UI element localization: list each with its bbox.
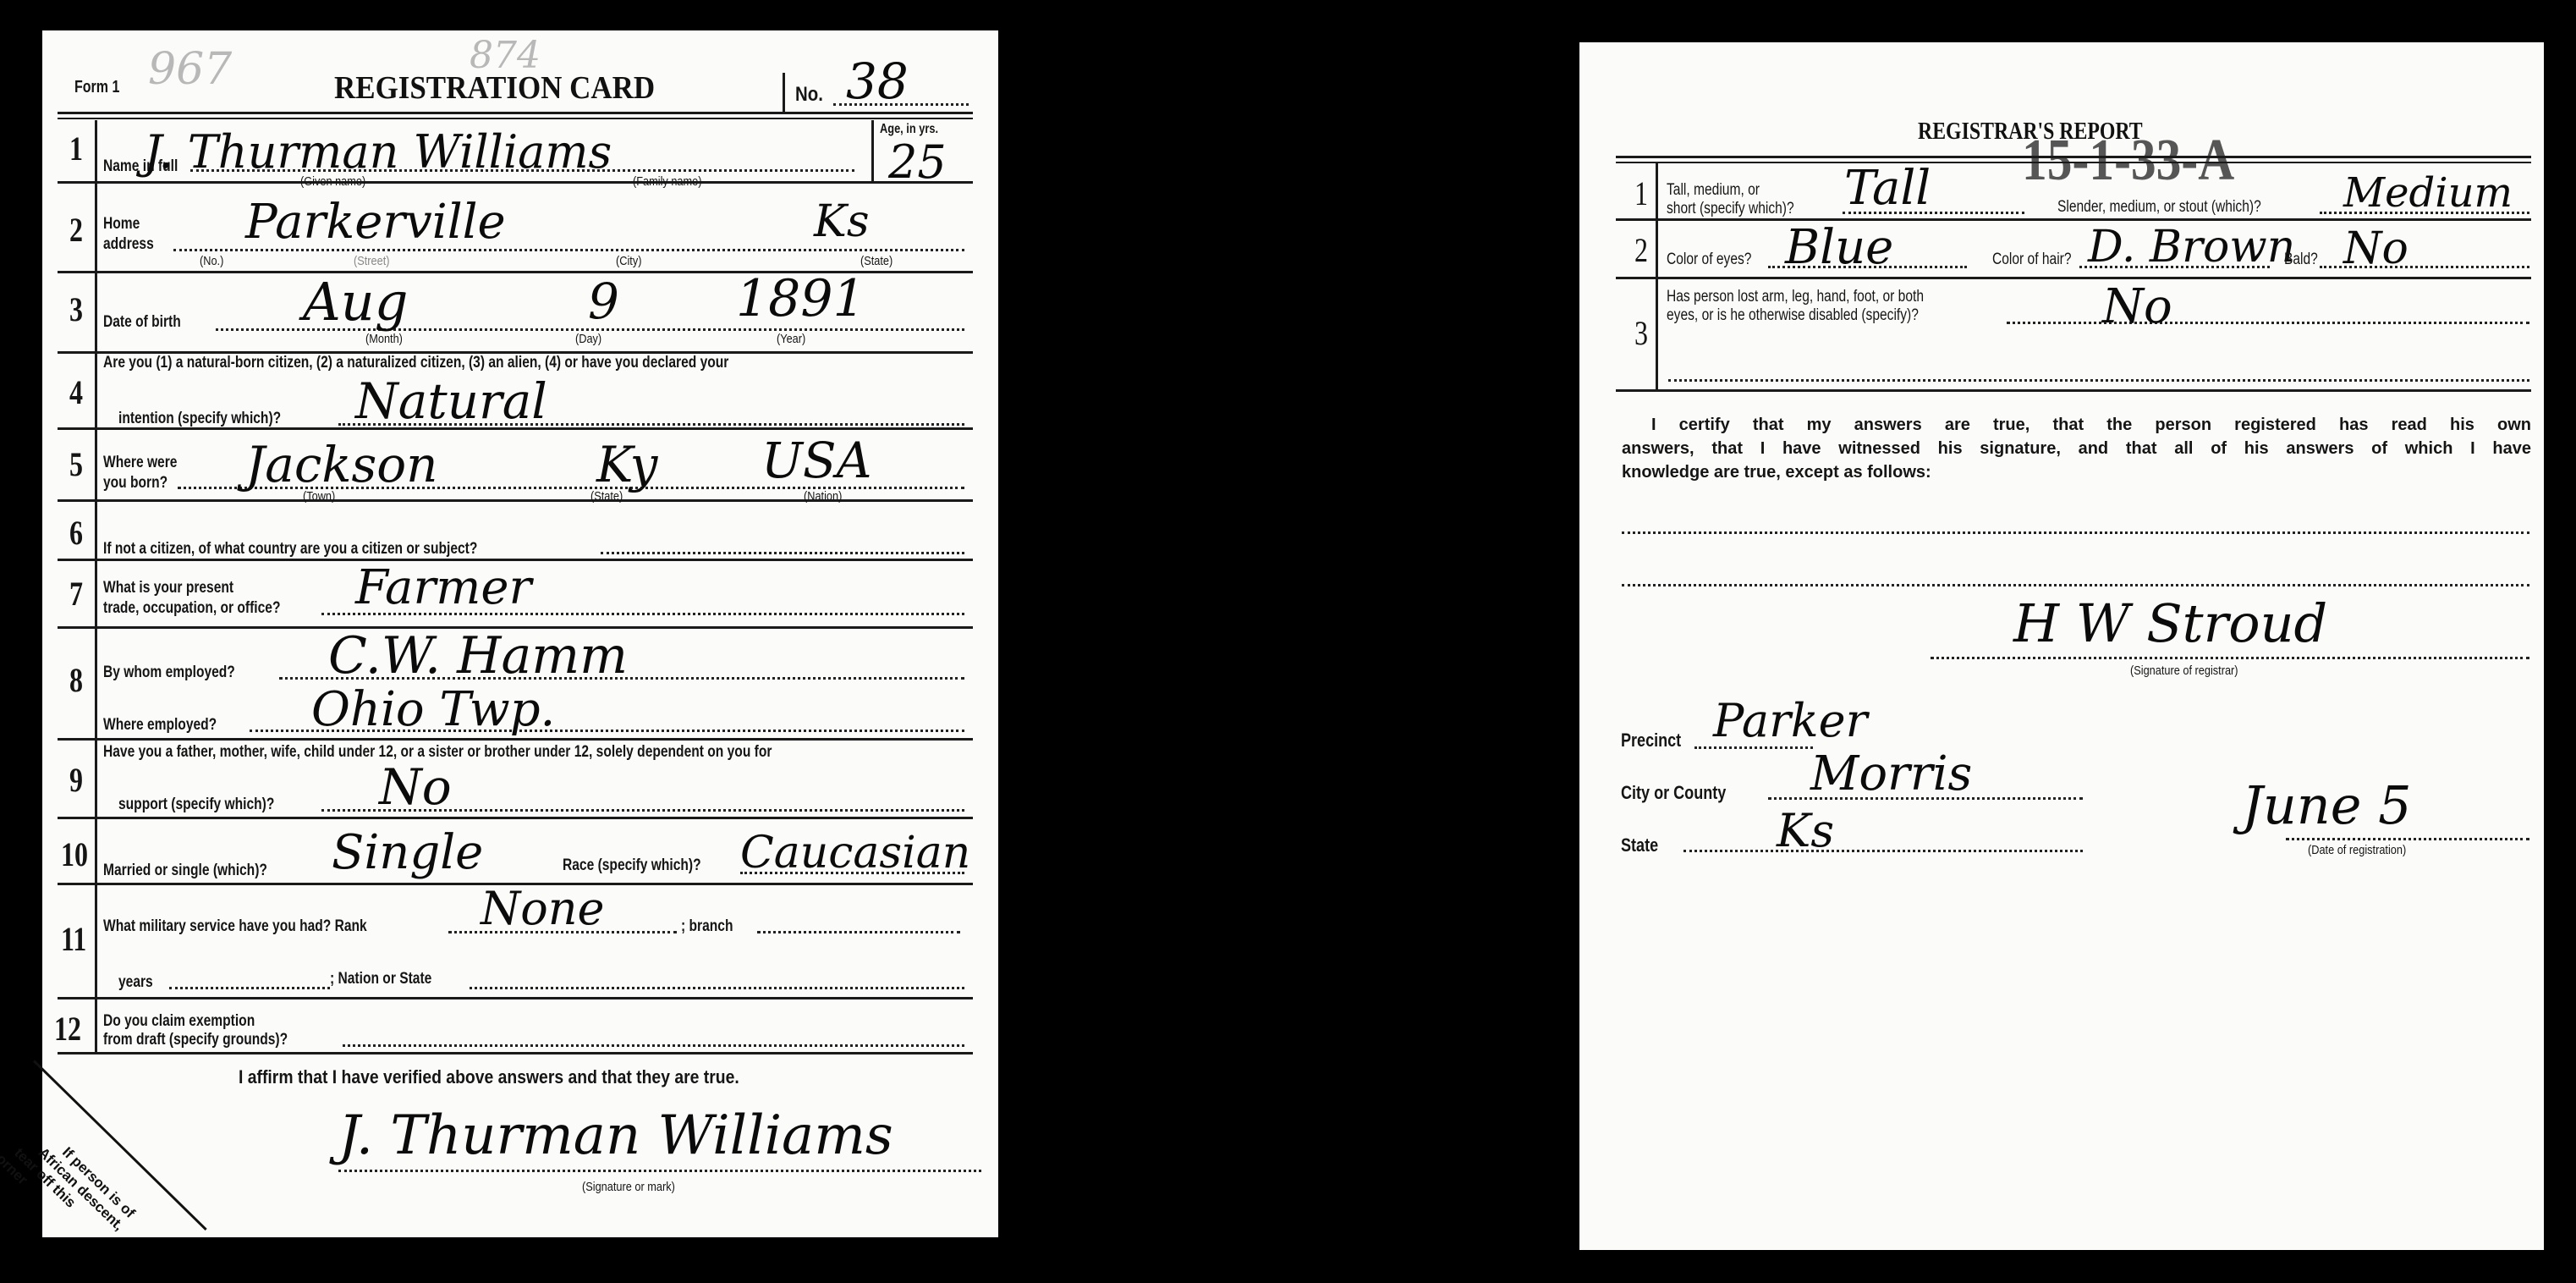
top-rule <box>58 112 973 114</box>
row-number-11: 11 <box>61 919 86 959</box>
race-value: Caucasian <box>740 828 970 878</box>
date-caption: (Date of registration) <box>2308 843 2406 857</box>
name-value: J. Thurman Williams <box>144 125 612 179</box>
marital-label: Married or single (which)? <box>103 862 267 880</box>
top-rule-2 <box>58 118 973 119</box>
race-label: Race (specify which)? <box>563 856 701 875</box>
military-value: None <box>481 882 605 935</box>
registrar-signature: H W Stroud <box>2013 592 2327 654</box>
employer-label: By whom employed? <box>103 664 235 682</box>
disability-value: No <box>2102 279 2172 334</box>
height-label-line2: short (specify which)? <box>1667 200 1794 218</box>
affirmation-text: I affirm that I have verified above answ… <box>239 1066 739 1088</box>
hair-color-label: Color of hair? <box>1992 251 2072 269</box>
row-number-7: 7 <box>69 574 83 614</box>
birth-nation: USA <box>761 432 872 489</box>
family-name-caption: (Family name) <box>633 174 701 189</box>
nation-state-label: ; Nation or State <box>330 970 431 988</box>
citizenship-question: Are you (1) a natural-born citizen, (2) … <box>103 354 728 372</box>
dob-year: 1891 <box>736 269 865 328</box>
bald-label: Bald? <box>2284 251 2318 269</box>
date-dotline <box>2286 838 2529 840</box>
report-row-divider <box>1616 277 2531 279</box>
row-number-3: 3 <box>69 289 83 329</box>
height-label-line1: Tall, medium, or <box>1667 181 1760 200</box>
exemption-dotline <box>343 1044 964 1047</box>
caption-no: (No.) <box>200 254 223 268</box>
age-value: 25 <box>888 135 947 189</box>
home-label-line1: Home <box>103 215 140 234</box>
dob-month: Aug <box>303 271 408 333</box>
caption-year: (Year) <box>777 332 805 346</box>
exceptions-dotline-2 <box>1622 584 2529 586</box>
row-divider <box>58 817 973 819</box>
row-divider <box>58 181 973 184</box>
branch-dotline <box>757 931 960 933</box>
born-label-line1: Where were <box>103 454 177 472</box>
exceptions-dotline-1 <box>1622 531 2529 534</box>
report-row-divider <box>1616 218 2531 221</box>
report-top-rule <box>1616 156 2531 158</box>
hair-color-value: D. Brown <box>2088 222 2295 273</box>
caption-day: (Day) <box>575 332 601 346</box>
dob-label: Date of birth <box>103 313 181 332</box>
caption-town: (Town) <box>303 489 335 504</box>
given-name-caption: (Given name) <box>300 174 365 189</box>
card-number-value: 38 <box>846 52 909 110</box>
row-number-5: 5 <box>69 444 83 484</box>
row-number-10: 10 <box>61 834 88 874</box>
intention-label: intention (specify which)? <box>118 410 281 428</box>
row-number-1: 1 <box>69 129 83 168</box>
report-row-number-2: 2 <box>1634 230 1648 270</box>
pencil-note-967: 967 <box>148 44 232 95</box>
foreign-citizen-label: If not a citizen, of what country are yo… <box>103 540 477 559</box>
signature-dotline <box>338 1170 981 1172</box>
employer-value: C.W. Hamm <box>328 626 628 686</box>
build-label: Slender, medium, or stout (which)? <box>2057 198 2261 217</box>
military-label: What military service have you had? Rank <box>103 917 367 936</box>
caption-nation: (Nation) <box>804 489 842 504</box>
row-number-6: 6 <box>69 513 83 553</box>
caption-state: (State) <box>860 254 893 268</box>
caption-city: (City) <box>616 254 641 268</box>
home-label-line2: address <box>103 235 154 254</box>
caption-state: (State) <box>590 489 623 504</box>
employed-where-value: Ohio Twp. <box>311 682 555 737</box>
row-divider <box>58 1052 973 1054</box>
certification-line: knowledge are true, except as follows: <box>1622 460 2531 484</box>
precinct-label: Precinct <box>1621 730 1681 752</box>
registrar-caption: (Signature of registrar) <box>2130 664 2238 678</box>
citizenship-value: Natural <box>355 372 547 430</box>
report-row-divider <box>1616 389 2531 392</box>
form-label: Form 1 <box>74 78 119 97</box>
row-number-9: 9 <box>69 760 83 800</box>
foreign-dotline <box>601 552 964 554</box>
state-label: State <box>1621 834 1658 856</box>
certification-line: answers, that I have witnessed his signa… <box>1622 437 2531 460</box>
precinct-value: Parker <box>1713 694 1867 747</box>
disability-dotline-2 <box>1668 379 2529 382</box>
occupation-label-line2: trade, occupation, or office? <box>103 599 280 618</box>
born-label-line2: you born? <box>103 474 168 493</box>
state-dotline <box>1683 850 2083 852</box>
eye-color-value: Blue <box>1785 220 1893 275</box>
support-label: support (specify which)? <box>118 796 274 814</box>
caption-month: (Month) <box>365 332 403 346</box>
certification-text: I certify that my answers are true, that… <box>1622 413 2531 484</box>
bald-value: No <box>2343 223 2408 274</box>
nation-dotline <box>470 987 964 989</box>
card-number-label: No. <box>795 83 823 107</box>
number-divider <box>783 73 785 113</box>
state-value: Ks <box>1777 804 1834 857</box>
row-divider <box>58 738 973 741</box>
report-row-number-3: 3 <box>1634 313 1648 353</box>
city-county-label: City or County <box>1621 782 1726 804</box>
years-label: years <box>118 973 153 992</box>
disability-label-line2: eyes, or is he otherwise disabled (speci… <box>1667 306 1919 325</box>
registration-date-value: June 5 <box>2242 774 2412 836</box>
number-column-divider <box>95 120 97 1054</box>
row-divider <box>58 997 973 999</box>
disability-dotline <box>2007 322 2529 324</box>
certification-line: I certify that my answers are true, that… <box>1622 413 2531 437</box>
applicant-signature: J. Thurman Williams <box>338 1104 893 1167</box>
dob-day: 9 <box>588 273 619 330</box>
birth-state: Ky <box>596 436 657 493</box>
employed-where-label: Where employed? <box>103 716 217 735</box>
eye-color-label: Color of eyes? <box>1667 251 1751 269</box>
row-number-12: 12 <box>54 1009 81 1049</box>
row-number-2: 2 <box>69 210 83 250</box>
home-state-value: Ks <box>814 196 870 247</box>
age-divider <box>871 120 874 181</box>
city-county-value: Morris <box>1810 746 1972 801</box>
report-row-number-1: 1 <box>1634 173 1648 213</box>
row-number-4: 4 <box>69 372 83 412</box>
build-value: Medium <box>2343 169 2513 217</box>
caption-street: (Street) <box>354 254 390 268</box>
height-value: Tall <box>1844 161 1931 216</box>
report-top-rule-2 <box>1616 162 2531 163</box>
exemption-label-line1: Do you claim exemption <box>103 1012 255 1031</box>
birth-town: Jackson <box>245 436 438 493</box>
disability-label-line1: Has person lost arm, leg, hand, foot, or… <box>1667 288 1924 306</box>
exemption-label-line2: from draft (specify grounds)? <box>103 1031 288 1049</box>
card-title: REGISTRATION CARD <box>334 69 655 107</box>
signature-caption: (Signature or mark) <box>582 1180 675 1194</box>
years-dotline <box>169 987 330 989</box>
branch-label: ; branch <box>681 917 733 936</box>
dependents-value: No <box>379 758 452 816</box>
marital-value: Single <box>332 825 483 880</box>
report-stamp: 15-1-33-A <box>2022 127 2234 195</box>
registrar-signature-dotline <box>1931 657 2529 659</box>
home-city-value: Parkerville <box>245 195 506 250</box>
row-number-8: 8 <box>69 660 83 700</box>
occupation-value: Farmer <box>355 560 531 615</box>
occupation-label-line1: What is your present <box>103 579 233 597</box>
